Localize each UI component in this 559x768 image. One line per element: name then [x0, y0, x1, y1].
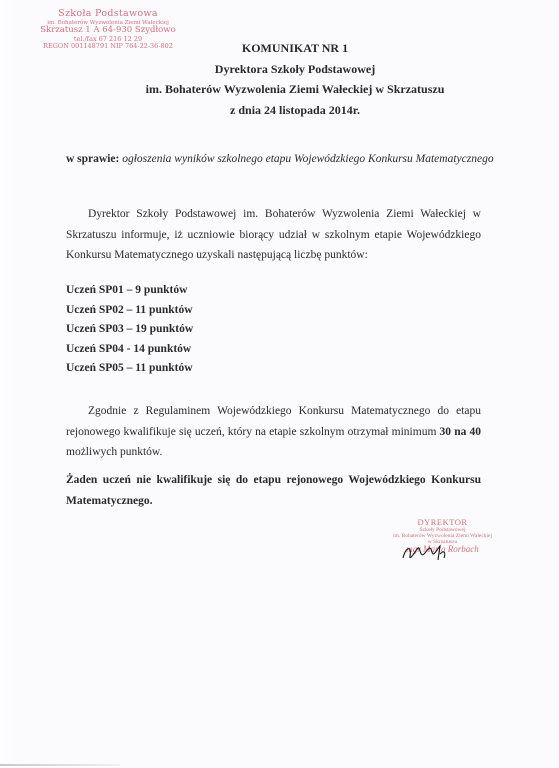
signature-title: DYREKTOR [355, 518, 530, 527]
result-item: Uczeń SP05 – 11 punktów [66, 359, 193, 379]
result-item: Uczeń SP01 – 9 punktów [66, 281, 193, 301]
document-title: KOMUNIKAT NR 1 [130, 38, 460, 59]
header-date: z dnia 24 listopada 2014r. [130, 100, 460, 121]
results-list: Uczeń SP01 – 9 punktów Uczeń SP02 – 11 p… [66, 281, 193, 379]
threshold-value: 30 na 40 [440, 426, 481, 438]
rules-text: Zgodnie z Regulaminem Wojewódzkiego Konk… [66, 405, 481, 438]
result-item: Uczeń SP04 - 14 punktów [66, 340, 193, 360]
scan-artifact [0, 764, 120, 766]
rules-text-end: możliwych punktów. [66, 446, 162, 458]
stamp-school-name: Szkoła Podstawowa [38, 9, 178, 20]
subject-text: ogłoszenia wyników szkolnego etapu Wojew… [122, 153, 493, 165]
conclusion-paragraph: Żaden uczeń nie kwalifikuje się do etapu… [66, 470, 481, 511]
result-item: Uczeń SP02 – 11 punktów [66, 301, 193, 321]
header-issuer: Dyrektora Szkoły Podstawowej [130, 59, 460, 80]
document-page: Szkoła Podstawowa im. Bohaterów Wyzwolen… [0, 0, 559, 768]
intro-paragraph: Dyrektor Szkoły Podstawowej im. Bohateró… [66, 204, 481, 266]
rules-paragraph: Zgodnie z Regulaminem Wojewódzkiego Konk… [66, 401, 481, 463]
document-header: KOMUNIKAT NR 1 Dyrektora Szkoły Podstawo… [130, 38, 460, 120]
header-school: im. Bohaterów Wyzwolenia Ziemi Wałeckiej… [130, 79, 460, 100]
subject-label: w sprawie: [66, 153, 119, 165]
subject-line: w sprawie: ogłoszenia wyników szkolnego … [66, 153, 494, 165]
result-item: Uczeń SP03 – 19 punktów [66, 320, 193, 340]
scan-edge [0, 0, 14, 768]
handwritten-signature-icon [400, 540, 450, 565]
